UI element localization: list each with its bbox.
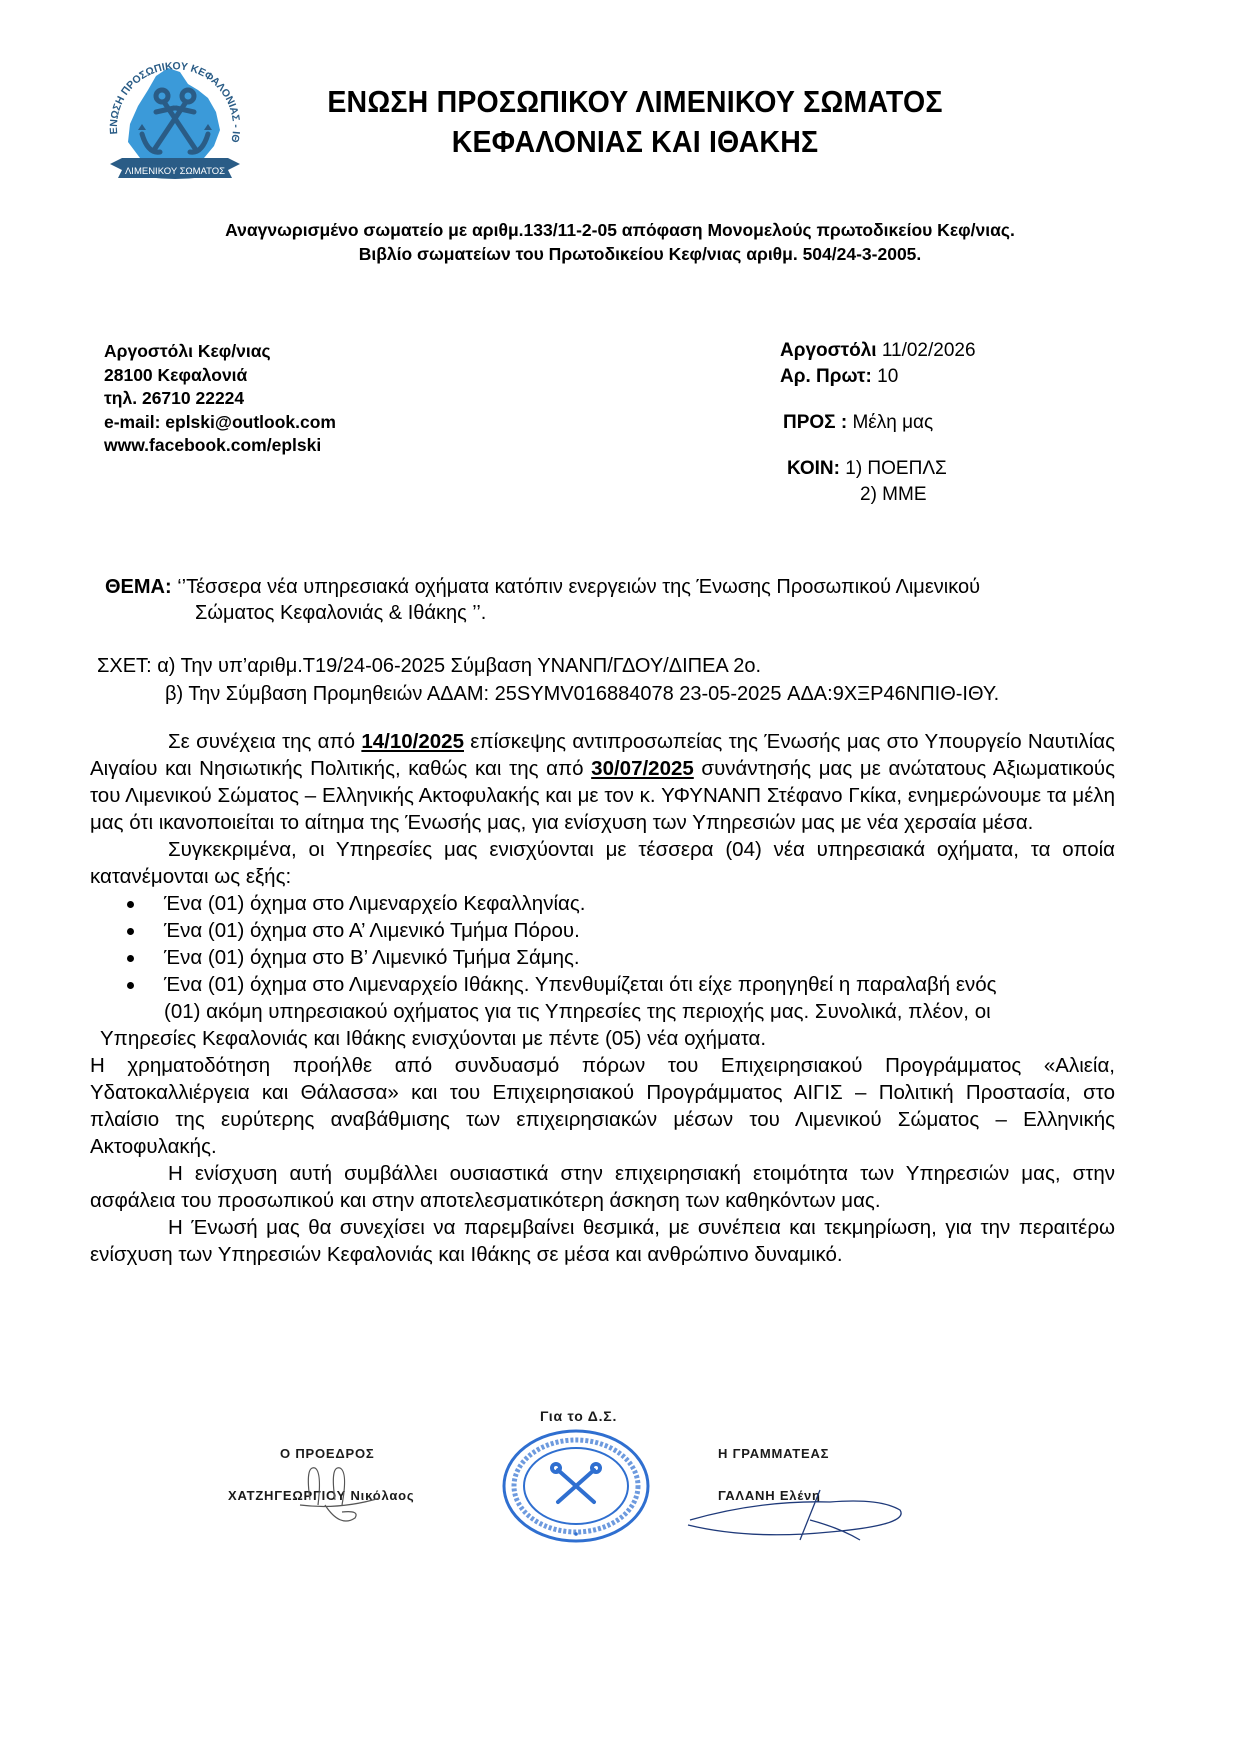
recognition-note: Αναγνωρισμένο σωματείο με αριθμ.133/11-2… (60, 218, 1180, 266)
cc-item: 1) ΠΟΕΠΛΣ (845, 458, 947, 479)
list-item: Ένα (01) όχημα στο Λιμεναρχείο Ιθάκης. Υ… (90, 971, 1115, 998)
subject-text-1: ‘’Τέσσερα νέα υπηρεσιακά οχήματα κατόπιν… (177, 576, 980, 598)
paragraph-2: Συγκεκριμένα, οι Υπηρεσίες μας ενισχύοντ… (90, 836, 1115, 890)
list-continuation-1: (01) ακόμη υπηρεσιακού οχήματος για τις … (90, 998, 1115, 1025)
president-title: Ο ΠΡΟΕΔΡΟΣ (280, 1446, 375, 1461)
contact-city: Αργοστόλι Κεφ/νιας (104, 340, 336, 364)
contact-block: Αργοστόλι Κεφ/νιας 28100 Κεφαλονιά τηλ. … (104, 340, 336, 458)
paragraph-3: Η χρηματοδότηση προήλθε από συνδυασμό πό… (90, 1052, 1115, 1160)
list-continuation-2: Υπηρεσίες Κεφαλονιάς και Ιθάκης ενισχύον… (90, 1025, 1115, 1052)
recognition-line-1: Αναγνωρισμένο σωματείο με αριθμ.133/11-2… (60, 218, 1180, 242)
title-line-2: ΚΕΦΑΛΟΝΙΑΣ ΚΑΙ ΙΘΑΚΗΣ (299, 122, 971, 162)
contact-facebook[interactable]: www.facebook.com/eplski (104, 434, 336, 458)
reference-line-1: ΣΧΕΤ: α) Την υπ’αριθμ.Τ19/24-06-2025 Σύμ… (97, 652, 1177, 680)
president-signature-icon (280, 1460, 420, 1530)
crossed-anchors-icon: ΕΝΩΣΗ ΠΡΟΣΩΠΙΚΟΥ ΚΕΦΑΛΟΝΙΑΣ - ΙΘΑΚΗΣ ΛΙΜ… (100, 46, 250, 186)
title-line-1: ΕΝΩΣΗ ΠΡΟΣΩΠΙΚΟΥ ΛΙΜΕΝΙΚΟΥ ΣΩΜΑΤΟΣ (299, 82, 971, 122)
paragraph-text: Σε συνέχεια της από (168, 730, 361, 753)
vehicle-allocation-list: Ένα (01) όχημα στο Λιμεναρχείο Κεφαλληνί… (90, 890, 1115, 998)
to-value: Μέλη μας (852, 412, 933, 433)
cc-row-2: 2) ΜΜΕ (860, 482, 976, 508)
cc-label: ΚΟΙΝ: (787, 458, 840, 479)
subject-text-2: Σώματος Κεφαλονιάς & Ιθάκης ’’. (105, 600, 1155, 626)
contact-postal: 28100 Κεφαλονιά (104, 364, 336, 388)
to-label: ΠΡΟΣ : (783, 412, 847, 433)
list-item-text: Ένα (01) όχημα στο Λιμεναρχείο Κεφαλληνί… (164, 892, 585, 915)
bullet-icon (127, 982, 134, 989)
paragraph-5: Η Ένωσή μας θα συνεχίσει να παρεμβαίνει … (90, 1214, 1115, 1268)
subject-block: ΘΕΜΑ: ‘’Τέσσερα νέα υπηρεσιακά οχήματα κ… (105, 574, 1155, 626)
contact-email[interactable]: e-mail: eplski@outlook.com (104, 411, 336, 435)
letter-body: Σε συνέχεια της από 14/10/2025 επίσκεψης… (90, 728, 1115, 1268)
list-item-text: Ένα (01) όχημα στο Α’ Λιμενικό Τμήμα Πόρ… (164, 919, 580, 942)
references-label: ΣΧΕΤ: (97, 655, 152, 677)
bullet-icon (127, 955, 134, 962)
list-item-text: Ένα (01) όχημα στο Β’ Λιμενικό Τμήμα Σάμ… (164, 946, 580, 969)
date-row: Αργοστόλι 11/02/2026 (780, 338, 976, 364)
references-block: ΣΧΕΤ: α) Την υπ’αριθμ.Τ19/24-06-2025 Σύμ… (97, 652, 1177, 708)
reference-item: β) Την Σύμβαση Προμηθειών ΑΔΑΜ: 25SYMV01… (97, 680, 1177, 708)
signature-area: Για το Δ.Σ. Ο ΠΡΟΕΔΡΟΣ ΧΑΤΖΗΓΕΩΡΓΙΟΥ Νικ… (240, 1400, 960, 1560)
contact-phone: τηλ. 26710 22224 (104, 387, 336, 411)
union-stamp-icon (498, 1428, 653, 1543)
cc-row: ΚΟΙΝ: 1) ΠΟΕΠΛΣ (787, 456, 976, 482)
svg-text:ΛΙΜΕΝΙΚΟΥ ΣΩΜΑΤΟΣ: ΛΙΜΕΝΙΚΟΥ ΣΩΜΑΤΟΣ (125, 166, 225, 177)
paragraph-4: Η ενίσχυση αυτή συμβάλλει ουσιαστικά στη… (90, 1160, 1115, 1214)
organization-title: ΕΝΩΣΗ ΠΡΟΣΩΠΙΚΟΥ ΛΙΜΕΝΙΚΟΥ ΣΩΜΑΤΟΣ ΚΕΦΑΛ… (299, 82, 971, 162)
secretary-title: Η ΓΡΑΜΜΑΤΕΑΣ (718, 1446, 829, 1461)
subject-line-1: ΘΕΜΑ: ‘’Τέσσερα νέα υπηρεσιακά οχήματα κ… (105, 574, 1155, 600)
list-item-text: Ένα (01) όχημα στο Λιμεναρχείο Ιθάκης. Υ… (164, 973, 997, 996)
date-highlight: 30/07/2025 (591, 757, 694, 780)
union-logo: ΕΝΩΣΗ ΠΡΟΣΩΠΙΚΟΥ ΚΕΦΑΛΟΝΙΑΣ - ΙΘΑΚΗΣ ΛΙΜ… (100, 46, 250, 186)
reference-item: α) Την υπ’αριθμ.Τ19/24-06-2025 Σύμβαση Υ… (157, 655, 761, 677)
document-meta: Αργοστόλι 11/02/2026 Αρ. Πρωτ: 10 ΠΡΟΣ :… (780, 338, 976, 508)
place-label: Αργοστόλι (780, 340, 877, 361)
protocol-row: Αρ. Πρωτ: 10 (780, 364, 976, 390)
protocol-label: Αρ. Πρωτ: (780, 366, 872, 387)
recipient-row: ΠΡΟΣ : Μέλη μας (783, 410, 976, 436)
board-label: Για το Δ.Σ. (540, 1408, 617, 1424)
cc-item: 2) ΜΜΕ (860, 484, 927, 505)
list-item: Ένα (01) όχημα στο Λιμεναρχείο Κεφαλληνί… (90, 890, 1115, 917)
recognition-line-2: Βιβλίο σωματείων του Πρωτοδικείου Κεφ/νι… (60, 242, 1180, 266)
bullet-icon (127, 928, 134, 935)
paragraph-1: Σε συνέχεια της από 14/10/2025 επίσκεψης… (90, 728, 1115, 836)
bullet-icon (127, 901, 134, 908)
list-item: Ένα (01) όχημα στο Α’ Λιμενικό Τμήμα Πόρ… (90, 917, 1115, 944)
list-item: Ένα (01) όχημα στο Β’ Λιμενικό Τμήμα Σάμ… (90, 944, 1115, 971)
document-date: 11/02/2026 (882, 340, 976, 361)
secretary-signature-icon (680, 1480, 920, 1560)
date-highlight: 14/10/2025 (361, 730, 464, 753)
protocol-number: 10 (877, 366, 898, 387)
subject-label: ΘΕΜΑ: (105, 576, 172, 598)
